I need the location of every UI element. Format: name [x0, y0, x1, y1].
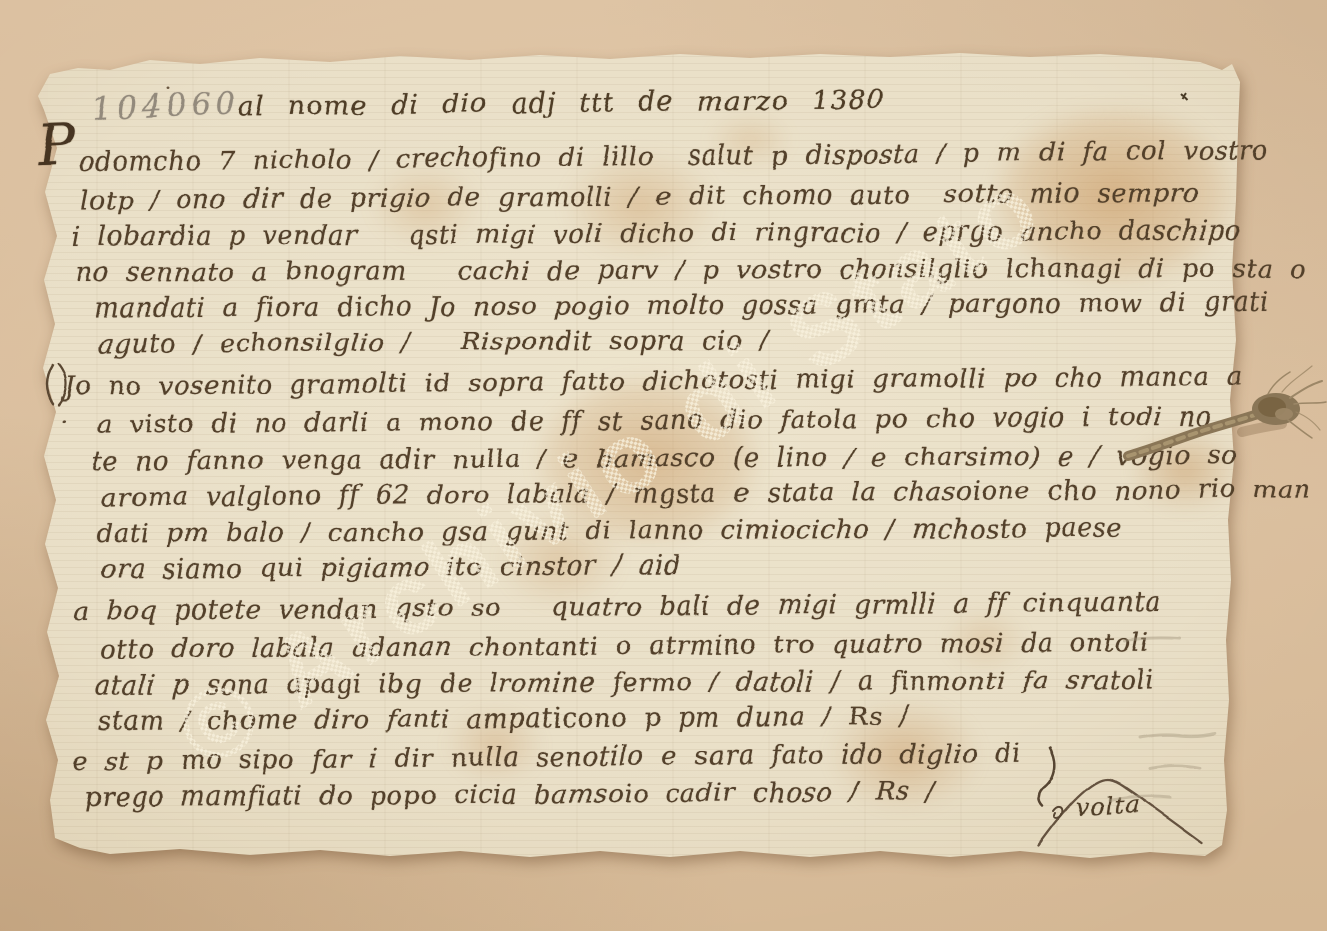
- manuscript-line: aguto / echonsilglio / Rispondit sopra c…: [98, 325, 769, 360]
- manuscript-line: otto doro labala adanan chontanti o atrm…: [100, 628, 1149, 665]
- manuscript-line: stam / chome diro fanti ampaticono p pm …: [98, 701, 909, 737]
- manuscript-line: i lobardia p vendar qsti migi voli dicho…: [72, 216, 1242, 252]
- manuscript-line: aroma valglono ff 62 doro labala / mgsta…: [102, 475, 1311, 513]
- manuscript-line: prego mamfiati do popo cicia bamsoio cad…: [84, 777, 935, 813]
- initial-letter: P: [37, 111, 77, 177]
- manuscript-line: Jo no vosenito gramolti id sopra fatto d…: [64, 362, 1243, 402]
- manuscript-line: e st p mo sipo far i dir nulla senotilo …: [72, 739, 1021, 777]
- manuscript-line: mandati a fiora dicho Jo noso pogio molt…: [94, 288, 1269, 324]
- manuscript-scan: 104060 al nome di dio adj ttt de marzo 1…: [0, 0, 1327, 931]
- manuscript-line: atali p sona apagi ibg de lromine fermo …: [94, 665, 1154, 701]
- manuscript-line: odomcho 7 nicholo / crechofino di lillo …: [78, 136, 1269, 178]
- manuscript-line: lotp / ono dir de prigio de gramolli / e…: [80, 178, 1199, 216]
- manuscript-line: a visto di no darli a mono de ff st sano…: [96, 402, 1212, 440]
- manuscript-line: te no fanno venga adir nulla / e bamasco…: [92, 441, 1238, 477]
- archive-number: 104060: [91, 85, 241, 126]
- manuscript-line: a boq potete vendan qsto so quatro bali …: [74, 588, 1161, 627]
- handwriting-layer: 104060 al nome di dio adj ttt de marzo 1…: [0, 0, 1327, 931]
- manuscript-line: ora siamo qui pigiamo ito cinstor / aid: [100, 551, 681, 585]
- volta-note: volta: [1075, 790, 1141, 821]
- manuscript-line: no sennato a bnogram cachi de parv / p v…: [76, 254, 1306, 288]
- manuscript-line: dati pm balo / cancho gsa gunt di lanno …: [96, 514, 1123, 549]
- invocation-date-line: al nome di dio adj ttt de marzo 1380: [238, 85, 884, 123]
